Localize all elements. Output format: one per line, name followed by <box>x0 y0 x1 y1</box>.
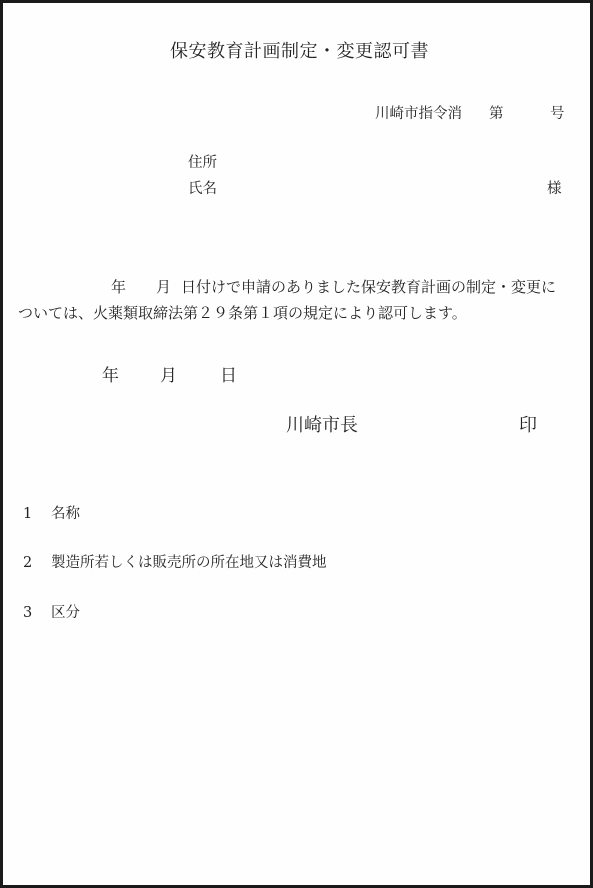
body-line-1: 日付けで申請のありました保安教育計画の制定・変更に <box>181 280 556 295</box>
item-number-2: 2 <box>23 556 32 571</box>
body-application-month: 月 <box>156 280 171 295</box>
recipient-honorific: 様 <box>547 182 562 197</box>
body-application-year: 年 <box>111 280 126 295</box>
recipient-address-label: 住所 <box>188 156 217 171</box>
issue-date-day: 日 <box>220 368 237 385</box>
item-label-2: 製造所若しくは販売所の所在地又は消費地 <box>51 556 327 571</box>
reference-number-suffix: 号 <box>550 107 565 122</box>
issue-date-year: 年 <box>102 368 119 385</box>
issuer-prefix: 川崎市指令消 <box>375 107 462 122</box>
body-line-2: ついては、火薬類取締法第２９条第１項の規定により認可します。 <box>18 306 467 321</box>
item-label-1: 名称 <box>51 507 80 522</box>
item-number-1: 1 <box>23 507 32 522</box>
issue-date-month: 月 <box>160 368 177 385</box>
item-label-3: 区分 <box>51 606 80 621</box>
recipient-name-label: 氏名 <box>188 182 217 197</box>
signer-title: 川崎市長 <box>286 417 358 435</box>
document-page: 保安教育計画制定・変更認可書 川崎市指令消 第 号 住所 氏名 様 年 月 日付… <box>0 0 593 888</box>
seal-mark: 印 <box>519 417 537 435</box>
document-title: 保安教育計画制定・変更認可書 <box>3 43 593 61</box>
reference-number-prefix: 第 <box>489 107 504 122</box>
item-number-3: 3 <box>23 606 32 621</box>
